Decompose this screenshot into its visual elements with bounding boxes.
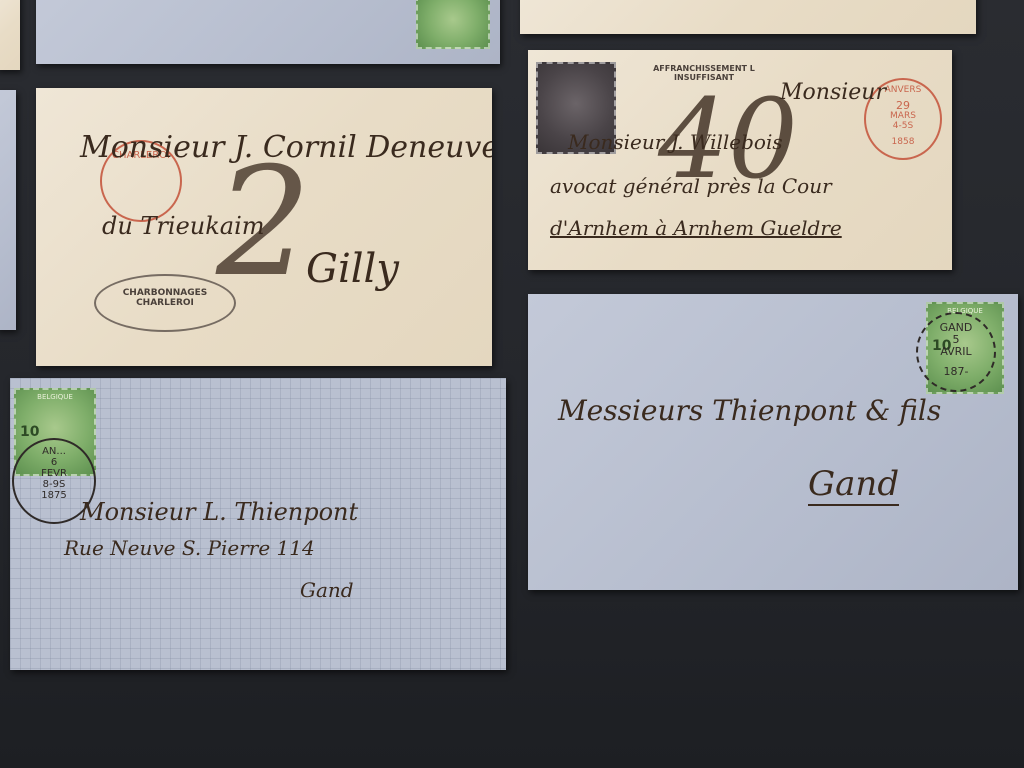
cover-gridded: BELGIQUE 10 AN... 6 FEVR 8-9S 1875 Monsi… xyxy=(10,378,506,670)
oval-cachet: CHARBONNAGES CHARLEROI xyxy=(94,274,236,332)
address-line-2: Rue Neuve S. Pierre 114 xyxy=(64,536,315,560)
address-line-2: du Trieukaim xyxy=(102,212,265,240)
address-line-1: Monsieur xyxy=(780,80,886,105)
address-line-1: Messieurs Thienpont & fils xyxy=(558,394,941,427)
cover-top-right xyxy=(520,0,976,34)
address-line-3: Gilly xyxy=(306,246,399,292)
address-line-3: avocat général près la Cour xyxy=(550,174,832,198)
cover-anvers: AFFRANCHISSEMENT L INSUFFISANT ANVERS 29… xyxy=(528,50,952,270)
address-line-3: Gand xyxy=(300,578,354,602)
stamp-green xyxy=(416,0,490,49)
address-line-1: Monsieur J. Cornil Deneuve xyxy=(80,130,492,165)
address-line-1: Monsieur L. Thienpont xyxy=(80,498,358,526)
address-line-2: Gand xyxy=(808,464,899,506)
cover-gand: BELGIQUE 10 GAND 5 AVRIL 187- Messieurs … xyxy=(528,294,1018,590)
postmark-gand: GAND 5 AVRIL 187- xyxy=(916,312,996,392)
address-line-2: Monsieur J. Willebois xyxy=(568,130,783,154)
cover-edge-far-left xyxy=(0,0,20,70)
address-line-4: d'Arnhem à Arnhem Gueldre xyxy=(550,216,842,240)
cover-top-left xyxy=(36,0,500,64)
cover-edge-left xyxy=(0,90,16,330)
cover-charleroi: CHARLEROI CHARBONNAGES CHARLEROI 2 Monsi… xyxy=(36,88,492,366)
